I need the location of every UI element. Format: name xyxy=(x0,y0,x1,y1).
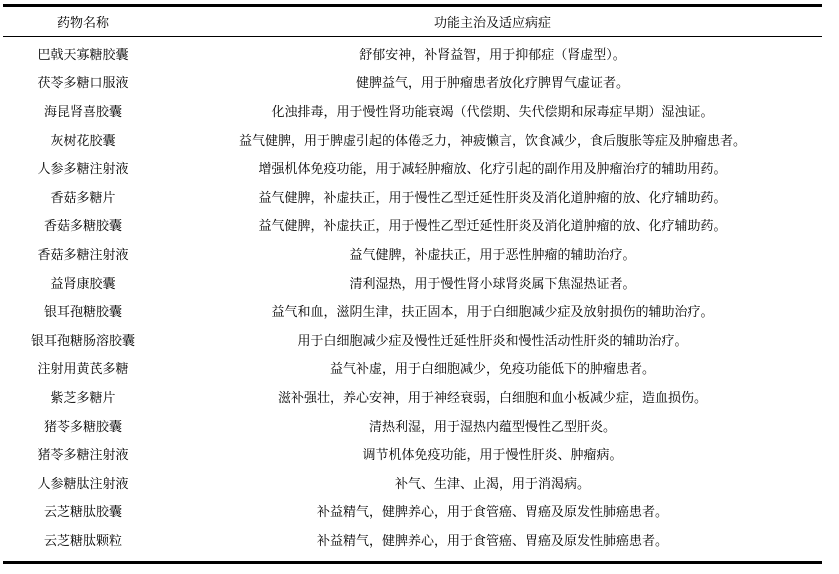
table-row: 人参多糖注射液增强机体免疫功能，用于减轻肿瘤放、化疗引起的副作用及肿瘤治疗的辅助… xyxy=(3,153,822,182)
header-drug-name: 药物名称 xyxy=(3,12,163,31)
drug-indication: 化浊排毒，用于慢性肾功能衰竭（代偿期、失代偿期和尿毒症早期）湿浊证。 xyxy=(163,101,822,120)
table-row: 香菇多糖片益气健脾，补虚扶正，用于慢性乙型迁延性肝炎及消化道肿瘤的放、化疗辅助药… xyxy=(3,182,822,211)
table-row: 灰树花胶囊益气健脾，用于脾虚引起的体倦乏力，神疲懒言，饮食减少，食后腹胀等症及肿… xyxy=(3,125,822,154)
drug-indication: 益气健脾，补虚扶正，用于慢性乙型迁延性肝炎及消化道肿瘤的放、化疗辅助药。 xyxy=(163,215,822,234)
table-row: 猪苓多糖注射液调节机体免疫功能，用于慢性肝炎、肿瘤病。 xyxy=(3,439,822,468)
table-row: 注射用黄芪多糖益气补虚，用于白细胞减少，免疫功能低下的肿瘤患者。 xyxy=(3,354,822,383)
table-row: 巴戟天寡糖胶囊舒郁安神，补肾益智，用于抑郁症（肾虚型）。 xyxy=(3,39,822,68)
drug-table: 药物名称 功能主治及适应病症 巴戟天寡糖胶囊舒郁安神，补肾益智，用于抑郁症（肾虚… xyxy=(3,7,822,554)
header-indication: 功能主治及适应病症 xyxy=(163,12,822,31)
drug-name: 云芝糖肽胶囊 xyxy=(3,501,163,520)
table-row: 茯苓多糖口服液健脾益气，用于肿瘤患者放化疗脾胃气虚证者。 xyxy=(3,68,822,97)
table-header-row: 药物名称 功能主治及适应病症 xyxy=(3,7,822,36)
drug-indication: 清利湿热，用于慢性肾小球肾炎属下焦湿热证者。 xyxy=(163,273,822,292)
table-row: 银耳孢糖胶囊益气和血，滋阴生津，扶正固本，用于白细胞减少症及放射损伤的辅助治疗。 xyxy=(3,296,822,325)
drug-indication: 补气、生津、止渴，用于消渴病。 xyxy=(163,473,822,492)
table-bottom-rule xyxy=(3,561,822,564)
drug-name: 人参糖肽注射液 xyxy=(3,473,163,492)
drug-name: 猪苓多糖注射液 xyxy=(3,444,163,463)
drug-indication: 益气健脾，补虚扶正，用于恶性肿瘤的辅助治疗。 xyxy=(163,244,822,263)
table-row: 紫芝多糖片滋补强壮，养心安神，用于神经衰弱，白细胞和血小板减少症，造血损伤。 xyxy=(3,382,822,411)
drug-indication: 健脾益气，用于肿瘤患者放化疗脾胃气虚证者。 xyxy=(163,72,822,91)
drug-indication: 清热利湿，用于湿热内蕴型慢性乙型肝炎。 xyxy=(163,416,822,435)
drug-name: 人参多糖注射液 xyxy=(3,158,163,177)
table-row: 猪苓多糖胶囊清热利湿，用于湿热内蕴型慢性乙型肝炎。 xyxy=(3,411,822,440)
drug-name: 巴戟天寡糖胶囊 xyxy=(3,44,163,63)
drug-indication: 益气健脾，用于脾虚引起的体倦乏力，神疲懒言，饮食减少，食后腹胀等症及肿瘤患者。 xyxy=(163,130,822,149)
drug-indication: 舒郁安神，补肾益智，用于抑郁症（肾虚型）。 xyxy=(163,44,822,63)
drug-name: 香菇多糖注射液 xyxy=(3,244,163,263)
drug-indication: 益气和血，滋阴生津，扶正固本，用于白细胞减少症及放射损伤的辅助治疗。 xyxy=(163,301,822,320)
drug-name: 猪苓多糖胶囊 xyxy=(3,416,163,435)
table-row: 海昆肾喜胶囊化浊排毒，用于慢性肾功能衰竭（代偿期、失代偿期和尿毒症早期）湿浊证。 xyxy=(3,96,822,125)
drug-name: 云芝糖肽颗粒 xyxy=(3,530,163,549)
drug-indication: 益气补虚，用于白细胞减少，免疫功能低下的肿瘤患者。 xyxy=(163,358,822,377)
drug-name: 香菇多糖片 xyxy=(3,187,163,206)
drug-indication: 调节机体免疫功能，用于慢性肝炎、肿瘤病。 xyxy=(163,444,822,463)
drug-indication: 补益精气，健脾养心，用于食管癌、胃癌及原发性肺癌患者。 xyxy=(163,501,822,520)
table-row: 云芝糖肽颗粒补益精气，健脾养心，用于食管癌、胃癌及原发性肺癌患者。 xyxy=(3,525,822,554)
drug-indication: 补益精气，健脾养心，用于食管癌、胃癌及原发性肺癌患者。 xyxy=(163,530,822,549)
drug-name: 银耳孢糖胶囊 xyxy=(3,301,163,320)
table-row: 人参糖肽注射液补气、生津、止渴，用于消渴病。 xyxy=(3,468,822,497)
table-row: 香菇多糖注射液益气健脾，补虚扶正，用于恶性肿瘤的辅助治疗。 xyxy=(3,239,822,268)
table-row: 云芝糖肽胶囊补益精气，健脾养心，用于食管癌、胃癌及原发性肺癌患者。 xyxy=(3,497,822,526)
drug-name: 茯苓多糖口服液 xyxy=(3,72,163,91)
table-row: 香菇多糖胶囊益气健脾，补虚扶正，用于慢性乙型迁延性肝炎及消化道肿瘤的放、化疗辅助… xyxy=(3,211,822,240)
table-row: 益肾康胶囊清利湿热，用于慢性肾小球肾炎属下焦湿热证者。 xyxy=(3,268,822,297)
drug-name: 海昆肾喜胶囊 xyxy=(3,101,163,120)
drug-name: 紫芝多糖片 xyxy=(3,387,163,406)
drug-indication: 增强机体免疫功能，用于减轻肿瘤放、化疗引起的副作用及肿瘤治疗的辅助用药。 xyxy=(163,158,822,177)
drug-name: 香菇多糖胶囊 xyxy=(3,215,163,234)
drug-name: 益肾康胶囊 xyxy=(3,273,163,292)
drug-name: 银耳孢糖肠溶胶囊 xyxy=(3,330,163,349)
drug-indication: 滋补强壮，养心安神，用于神经衰弱，白细胞和血小板减少症，造血损伤。 xyxy=(163,387,822,406)
drug-indication: 用于白细胞减少症及慢性迁延性肝炎和慢性活动性肝炎的辅助治疗。 xyxy=(163,330,822,349)
drug-name: 注射用黄芪多糖 xyxy=(3,358,163,377)
drug-indication: 益气健脾，补虚扶正，用于慢性乙型迁延性肝炎及消化道肿瘤的放、化疗辅助药。 xyxy=(163,187,822,206)
table-row: 银耳孢糖肠溶胶囊用于白细胞减少症及慢性迁延性肝炎和慢性活动性肝炎的辅助治疗。 xyxy=(3,325,822,354)
table-body: 巴戟天寡糖胶囊舒郁安神，补肾益智，用于抑郁症（肾虚型）。 茯苓多糖口服液健脾益气… xyxy=(3,39,822,554)
drug-name: 灰树花胶囊 xyxy=(3,130,163,149)
